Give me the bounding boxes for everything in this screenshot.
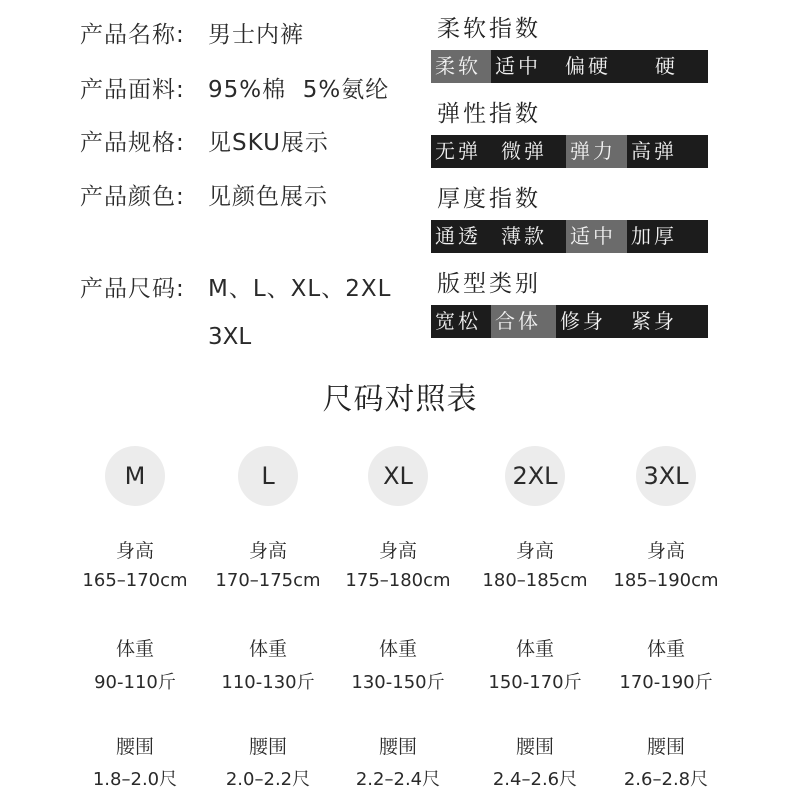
- spec-label: 产品规格:: [80, 124, 208, 157]
- fit-bar: 宽松 合体 修身 紧身: [431, 305, 708, 338]
- weight-label: 体重: [591, 634, 741, 661]
- elasticity-bar: 无弹 微弹 弹力 高弹: [431, 135, 708, 168]
- height-value: 170–175cm: [193, 570, 343, 591]
- height-value: 185–190cm: [591, 570, 741, 591]
- thickness-option: 薄款: [497, 220, 566, 253]
- thickness-bar: 通透 薄款 适中 加厚: [431, 220, 708, 253]
- softness-option: 适中: [491, 50, 561, 83]
- thickness-title: 厚度指数: [437, 180, 541, 213]
- softness-title: 柔软指数: [437, 10, 541, 43]
- waist-value: 2.0–2.2尺: [193, 765, 343, 791]
- weight-label: 体重: [193, 634, 343, 661]
- waist-label: 腰围: [460, 732, 610, 759]
- waist-value: 2.2–2.4尺: [323, 765, 473, 791]
- spec-value: 95%棉 5%氨纶: [208, 71, 389, 104]
- spec-value: 男士内裤: [208, 16, 304, 49]
- fit-option: 宽松: [431, 305, 491, 338]
- size-badge-3xl: 3XL: [636, 446, 696, 506]
- spec-value-continued: 3XL: [208, 324, 251, 350]
- spec-label: 产品面料:: [80, 71, 208, 104]
- waist-label: 腰围: [193, 732, 343, 759]
- waist-value: 1.8–2.0尺: [60, 765, 210, 791]
- waist-label: 腰围: [323, 732, 473, 759]
- elasticity-option: 无弹: [431, 135, 497, 168]
- thickness-option: 加厚: [627, 220, 708, 253]
- thickness-option: 通透: [431, 220, 497, 253]
- spec-row-size: 产品尺码:M、L、XL、2XL: [80, 270, 391, 303]
- weight-label: 体重: [460, 634, 610, 661]
- softness-option: 偏硬: [561, 50, 637, 83]
- elasticity-option-selected: 弹力: [566, 135, 627, 168]
- spec-row-name: 产品名称:男士内裤: [80, 16, 304, 49]
- height-value: 175–180cm: [323, 570, 473, 591]
- weight-label: 体重: [60, 634, 210, 661]
- spec-value: 见颜色展示: [208, 178, 328, 211]
- elasticity-title: 弹性指数: [437, 95, 541, 128]
- height-value: 165–170cm: [60, 570, 210, 591]
- waist-value: 2.4–2.6尺: [460, 765, 610, 791]
- spec-label: 产品颜色:: [80, 178, 208, 211]
- height-label: 身高: [460, 536, 610, 563]
- weight-value: 90-110斤: [60, 668, 210, 694]
- weight-value: 170-190斤: [591, 668, 741, 694]
- fit-option: 修身: [556, 305, 627, 338]
- waist-value: 2.6–2.8尺: [591, 765, 741, 791]
- height-value: 180–185cm: [460, 570, 610, 591]
- spec-value: M、L、XL、2XL: [208, 270, 391, 303]
- elasticity-option: 高弹: [627, 135, 708, 168]
- height-label: 身高: [323, 536, 473, 563]
- weight-label: 体重: [323, 634, 473, 661]
- elasticity-option: 微弹: [497, 135, 566, 168]
- spec-value: 见SKU展示: [208, 124, 329, 157]
- spec-label: 产品尺码:: [80, 270, 208, 303]
- spec-row-fabric: 产品面料:95%棉 5%氨纶: [80, 71, 389, 104]
- size-badge-xl: XL: [368, 446, 428, 506]
- waist-label: 腰围: [591, 732, 741, 759]
- spec-row-spec: 产品规格:见SKU展示: [80, 124, 329, 157]
- height-label: 身高: [591, 536, 741, 563]
- spec-row-color: 产品颜色:见颜色展示: [80, 178, 328, 211]
- size-chart-title: 尺码对照表: [0, 374, 800, 418]
- weight-value: 130-150斤: [323, 668, 473, 694]
- thickness-option-selected: 适中: [566, 220, 627, 253]
- size-badge-l: L: [238, 446, 298, 506]
- weight-value: 150-170斤: [460, 668, 610, 694]
- height-label: 身高: [60, 536, 210, 563]
- fit-option: 紧身: [627, 305, 708, 338]
- spec-label: 产品名称:: [80, 16, 208, 49]
- softness-option-selected: 柔软: [431, 50, 491, 83]
- fit-title: 版型类别: [437, 265, 541, 298]
- size-badge-m: M: [105, 446, 165, 506]
- waist-label: 腰围: [60, 732, 210, 759]
- softness-bar: 柔软 适中 偏硬 硬: [431, 50, 708, 83]
- height-label: 身高: [193, 536, 343, 563]
- softness-option: 硬: [637, 50, 708, 83]
- weight-value: 110-130斤: [193, 668, 343, 694]
- fit-option-selected: 合体: [491, 305, 556, 338]
- size-badge-2xl: 2XL: [505, 446, 565, 506]
